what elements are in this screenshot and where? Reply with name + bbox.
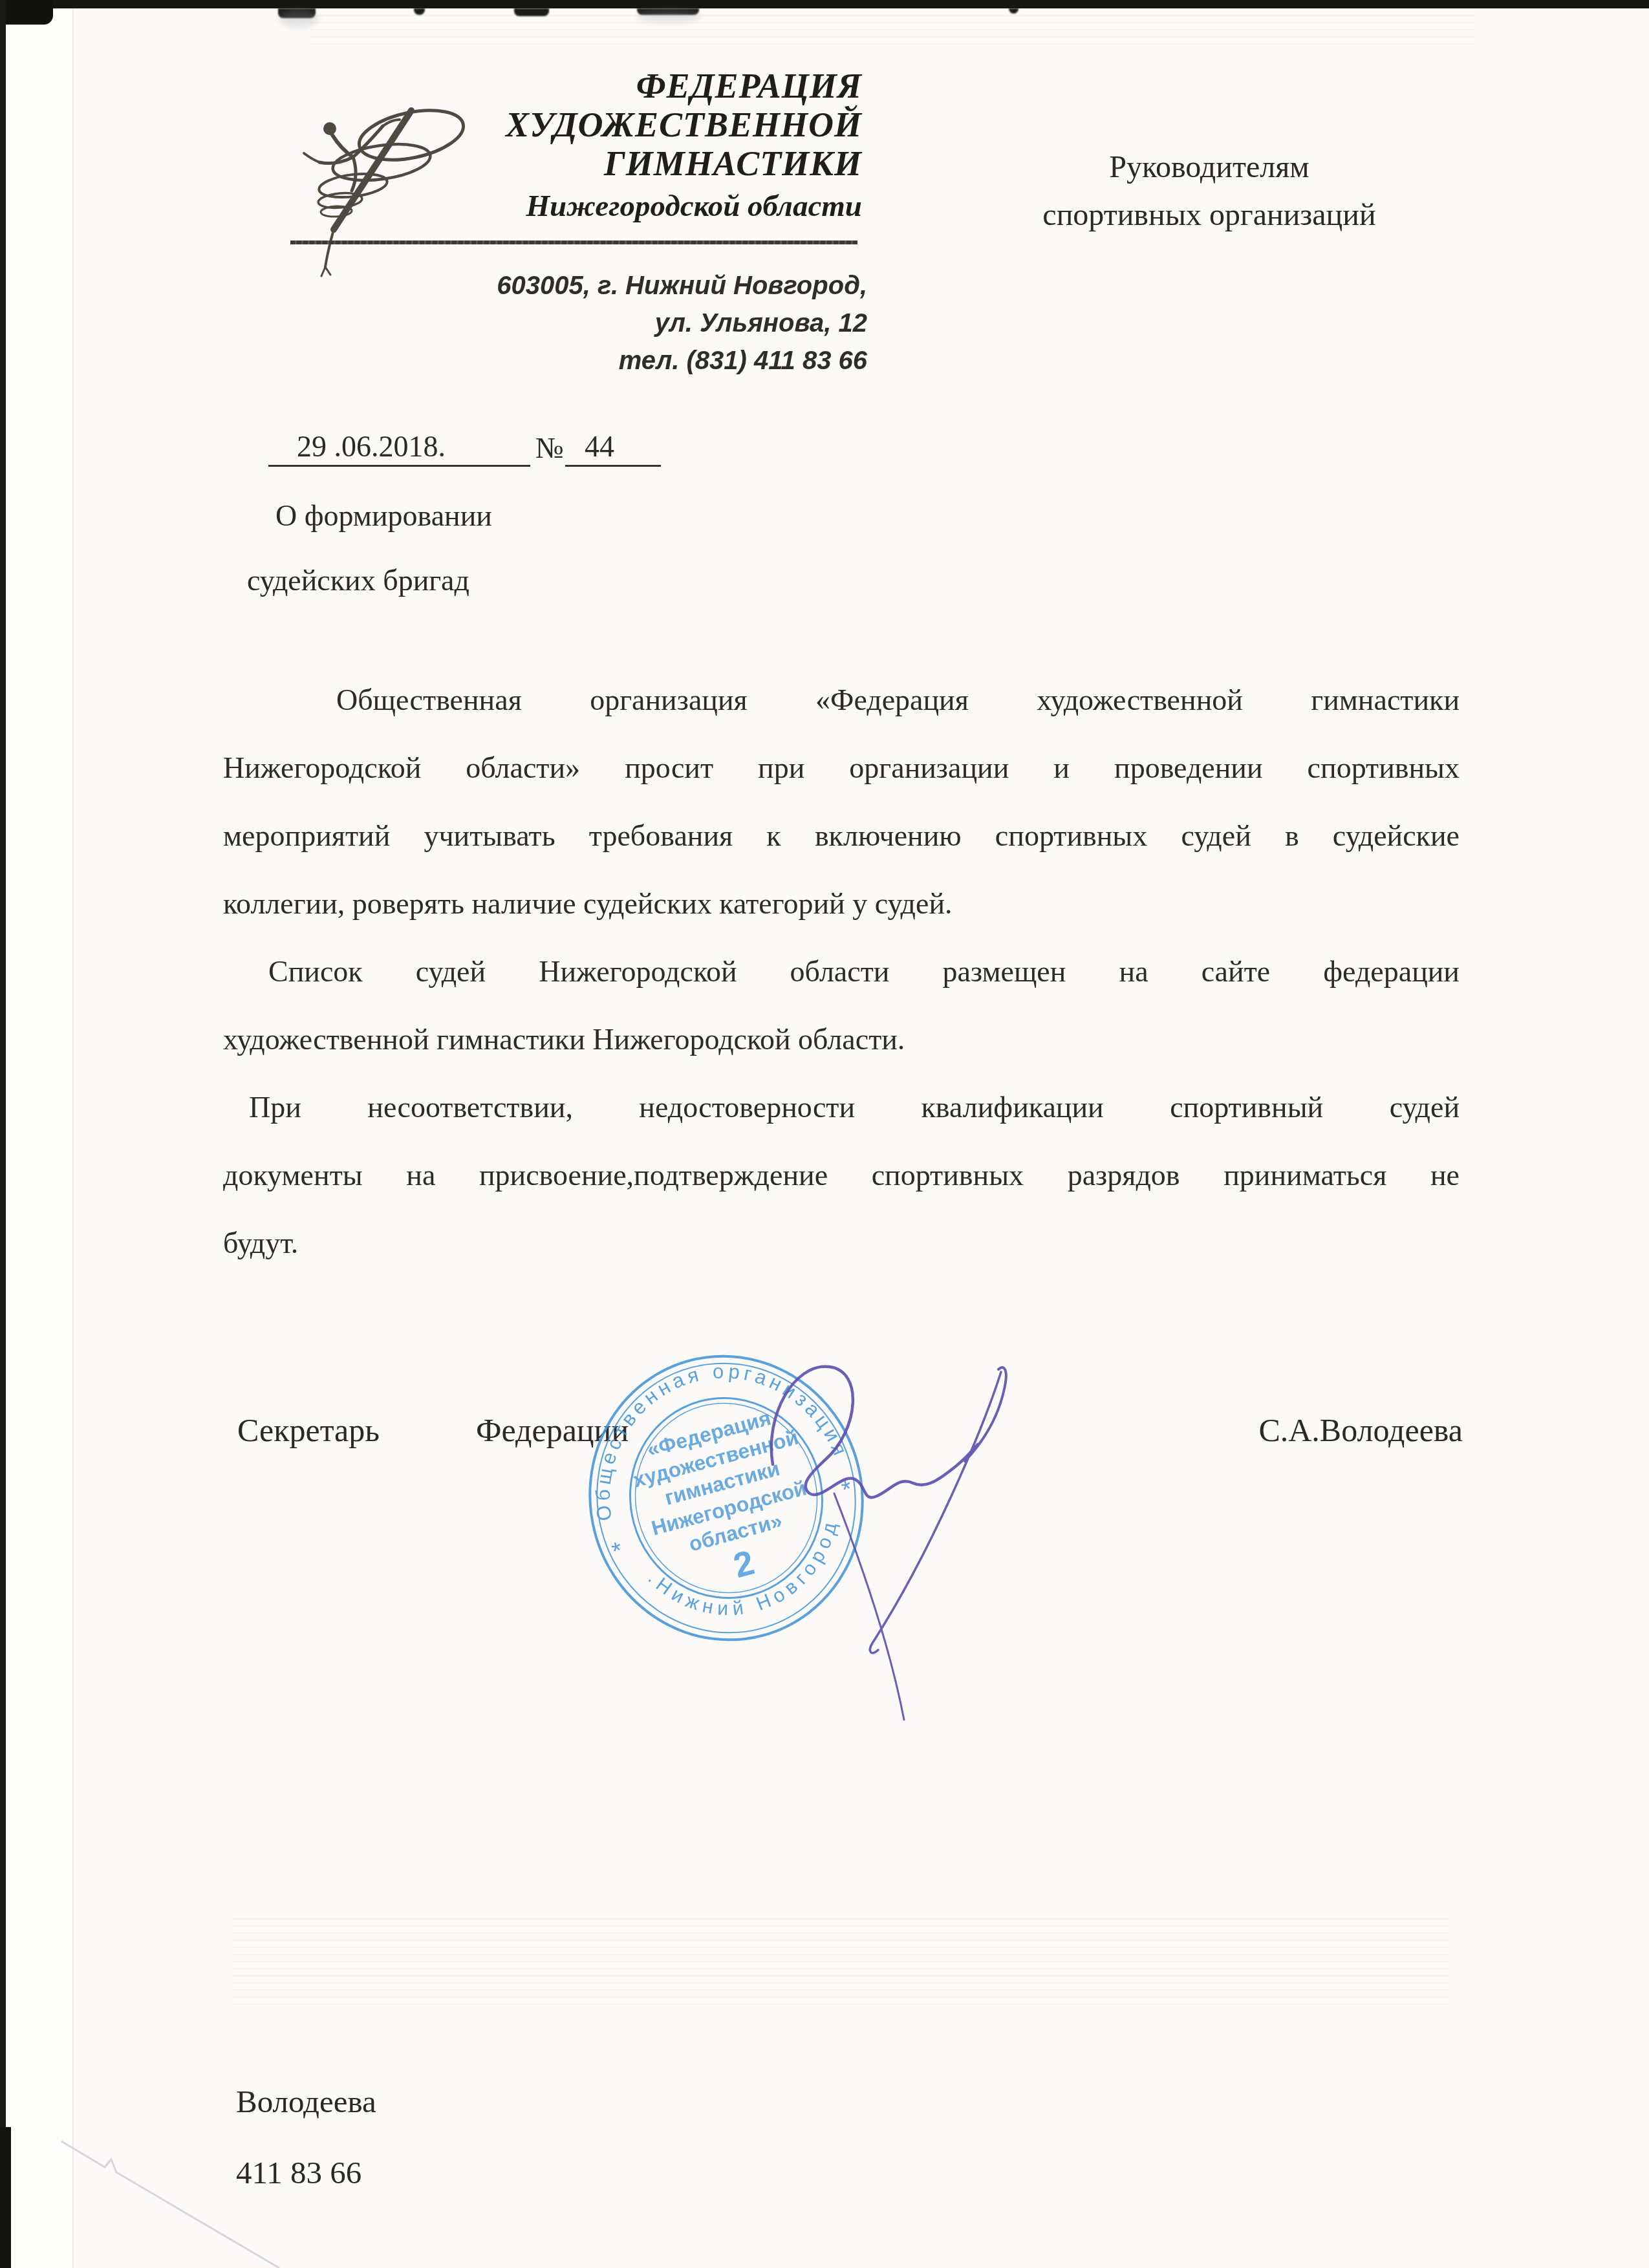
- body-line: коллегии, роверять наличие судейских кат…: [223, 870, 1460, 937]
- org-name-line: ГИМНАСТИКИ: [280, 144, 862, 183]
- address-phone: тел. (831) 411 83 66: [285, 342, 867, 380]
- recipient-line: Руководителям: [996, 144, 1423, 191]
- address-line: 603005, г. Нижний Новгород,: [285, 267, 867, 305]
- scan-edge-left: [0, 0, 6, 2268]
- letter-number: 44: [565, 429, 661, 467]
- scanned-letter-page: ФЕДЕРАЦИЯ ХУДОЖЕСТВЕННОЙ ГИМНАСТИКИ Ниже…: [0, 0, 1649, 2268]
- number-sign: №: [535, 431, 564, 465]
- address-line: ул. Ульянова, 12: [285, 305, 867, 342]
- body-line: Общественная организация «Федерация худо…: [223, 666, 1460, 734]
- body-line: При несоответствии, недостоверности квал…: [223, 1073, 1460, 1141]
- letterhead-org-region: Нижегородской области: [280, 189, 862, 224]
- paper-crease: [0, 2127, 297, 2268]
- bleed-through-ghost: [233, 1914, 1449, 2011]
- letterhead-divider: [290, 241, 857, 244]
- recipient-line: спортивных организаций: [996, 191, 1423, 239]
- subject-line: судейских бригад: [247, 548, 700, 613]
- letterhead-address: 603005, г. Нижний Новгород, ул. Ульянова…: [285, 267, 867, 380]
- handwritten-signature: [737, 1338, 1061, 1726]
- org-name-line: ХУДОЖЕСТВЕННОЙ: [280, 105, 862, 144]
- body-line: художественной гимнастики Нижегородской …: [223, 1005, 1460, 1073]
- recipient-block: Руководителям спортивных организаций: [996, 144, 1423, 239]
- org-name-line: ФЕДЕРАЦИЯ: [280, 67, 862, 105]
- body-line: документы на присвоение,подтверждение сп…: [223, 1141, 1460, 1209]
- body-line: мероприятий учитывать требования к включ…: [223, 802, 1460, 870]
- letterhead-org-name: ФЕДЕРАЦИЯ ХУДОЖЕСТВЕННОЙ ГИМНАСТИКИ: [280, 67, 862, 183]
- stamp-star-icon: *: [609, 1537, 625, 1565]
- letter-date: 29 .06.2018.: [268, 429, 530, 467]
- body-line: будут.: [223, 1209, 1460, 1277]
- subject-line: О формировании: [247, 484, 700, 548]
- scan-edge-corner: [0, 0, 53, 25]
- bleed-through-ghost: [310, 13, 1474, 50]
- scan-edge-top: [0, 0, 1649, 8]
- body-line: Список судей Нижегородской области разме…: [223, 937, 1460, 1005]
- signoff-name: С.А.Володеева: [1258, 1411, 1463, 1449]
- letter-subject: О формировании судейских бригад: [247, 484, 700, 613]
- body-line: Нижегородской области» просит при органи…: [223, 734, 1460, 802]
- signoff-role: Секретарь: [237, 1411, 380, 1449]
- paper-edge-seam: [72, 8, 74, 2268]
- letter-body: Общественная организация «Федерация худо…: [223, 666, 1460, 1277]
